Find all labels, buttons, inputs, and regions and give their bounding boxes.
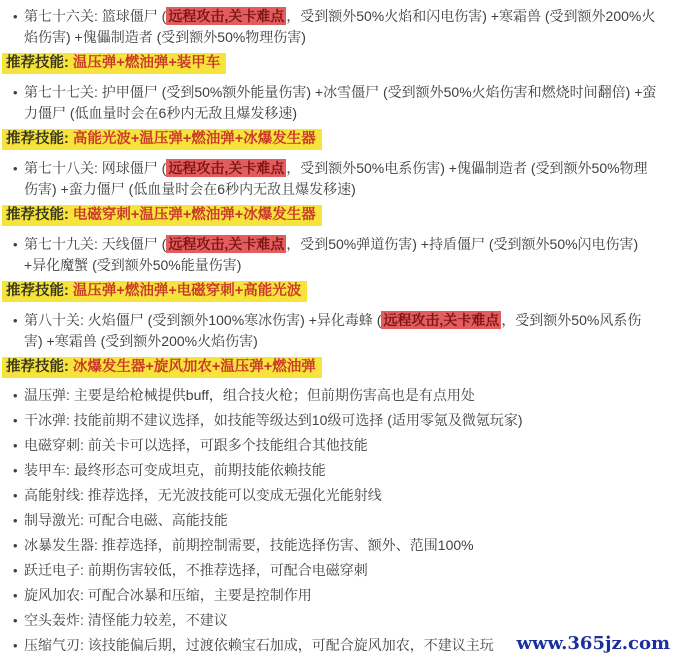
- level-text: 第七十七关: 护甲僵尸 (受到50%额外能量伤害) +冰雪僵尸 (受到额外50%…: [24, 82, 658, 124]
- recommended-skills: 温压弹+燃油弹+电磁穿刺+高能光波: [73, 283, 301, 299]
- skill-note-item: •跃迁电子: 前期伤害较低，不推荐选择，可配合电磁穿刺: [0, 561, 668, 580]
- skill-note-text: 旋风加农: 可配合冰暴和压缩，主要是控制作用: [24, 586, 658, 605]
- skill-note-item: •高能射线: 推荐选择，无光波技能可以变成无强化光能射线: [0, 486, 668, 505]
- red-highlight-tag: 远程攻击,关卡难点: [166, 235, 286, 253]
- bullet-icon: •: [13, 411, 24, 430]
- red-highlight-tag: 远程攻击,关卡难点: [166, 159, 286, 177]
- red-highlight-tag: 远程攻击,关卡难点: [381, 311, 501, 329]
- recommended-skills-line: 推荐技能: 电磁穿刺+温压弹+燃油弹+冰爆发生器: [2, 205, 322, 226]
- skill-note-text: 干冰弹: 技能前期不建议选择，如技能等级达到10级可选择 (适用零氪及微氪玩家): [24, 411, 658, 430]
- bullet-icon: •: [13, 536, 24, 555]
- bullet-icon: •: [13, 234, 24, 255]
- watermark-link[interactable]: www.365jz.com: [516, 633, 670, 654]
- guide-content: •第七十六关: 篮球僵尸 (远程攻击,关卡难点，受到额外50%火焰和闪电伤害) …: [0, 0, 678, 655]
- text-segment: 第八十关: 火焰僵尸 (受到额外100%寒冰伤害) +异化毒蜂 (: [24, 312, 381, 328]
- recommended-label: 推荐技能:: [6, 283, 69, 299]
- skill-note-item: •温压弹: 主要是给枪械提供buff，组合技火枪；但前期伤害高也是有点用处: [0, 386, 668, 405]
- bullet-icon: •: [13, 486, 24, 505]
- recommended-skills-line: 推荐技能: 高能光波+温压弹+燃油弹+冰爆发生器: [2, 129, 322, 150]
- recommended-skills: 高能光波+温压弹+燃油弹+冰爆发生器: [73, 131, 316, 147]
- red-highlight-tag: 远程攻击,关卡难点: [166, 7, 286, 25]
- skill-note-item: •空头轰炸: 清怪能力较差，不建议: [0, 611, 668, 630]
- bullet-icon: •: [13, 461, 24, 480]
- recommended-skills: 电磁穿刺+温压弹+燃油弹+冰爆发生器: [73, 207, 316, 223]
- recommended-skills-line: 推荐技能: 温压弹+燃油弹+电磁穿刺+高能光波: [2, 281, 307, 302]
- bullet-icon: •: [13, 511, 24, 530]
- bullet-icon: •: [13, 158, 24, 179]
- level-text: 第七十八关: 网球僵尸 (远程攻击,关卡难点，受到额外50%电系伤害) +傀儡制…: [24, 158, 658, 200]
- recommended-skills: 温压弹+燃油弹+装甲车: [73, 55, 220, 71]
- recommended-label: 推荐技能:: [6, 131, 69, 147]
- text-segment: 第七十七关: 护甲僵尸 (受到50%额外能量伤害) +冰雪僵尸 (受到额外50%…: [24, 84, 656, 121]
- bullet-icon: •: [13, 386, 24, 405]
- skill-note-text: 装甲车: 最终形态可变成坦克，前期技能依赖技能: [24, 461, 658, 480]
- recommended-skills-line: 推荐技能: 温压弹+燃油弹+装甲车: [2, 53, 226, 74]
- level-text: 第八十关: 火焰僵尸 (受到额外100%寒冰伤害) +异化毒蜂 (远程攻击,关卡…: [24, 310, 658, 352]
- recommended-label: 推荐技能:: [6, 207, 69, 223]
- skill-note-item: •冰暴发生器: 推荐选择，前期控制需要，技能选择伤害、额外、范围100%: [0, 536, 668, 555]
- recommended-label: 推荐技能:: [6, 359, 69, 375]
- bullet-icon: •: [13, 636, 24, 655]
- skill-note-text: 电磁穿刺: 前关卡可以选择，可跟多个技能组合其他技能: [24, 436, 658, 455]
- skill-note-text: 制导激光: 可配合电磁、高能技能: [24, 511, 658, 530]
- skill-note-text: 跃迁电子: 前期伤害较低，不推荐选择，可配合电磁穿刺: [24, 561, 658, 580]
- level-item: •第七十六关: 篮球僵尸 (远程攻击,关卡难点，受到额外50%火焰和闪电伤害) …: [0, 6, 668, 48]
- skill-note-item: •干冰弹: 技能前期不建议选择，如技能等级达到10级可选择 (适用零氪及微氪玩家…: [0, 411, 668, 430]
- skill-note-text: 温压弹: 主要是给枪械提供buff，组合技火枪；但前期伤害高也是有点用处: [24, 386, 658, 405]
- level-item: •第七十八关: 网球僵尸 (远程攻击,关卡难点，受到额外50%电系伤害) +傀儡…: [0, 158, 668, 200]
- text-segment: 第七十八关: 网球僵尸 (: [24, 160, 166, 176]
- recommended-skills: 冰爆发生器+旋风加农+温压弹+燃油弹: [73, 359, 316, 375]
- bullet-icon: •: [13, 436, 24, 455]
- level-item: •第七十七关: 护甲僵尸 (受到50%额外能量伤害) +冰雪僵尸 (受到额外50…: [0, 82, 668, 124]
- skill-note-item: •装甲车: 最终形态可变成坦克，前期技能依赖技能: [0, 461, 668, 480]
- text-segment: 第七十六关: 篮球僵尸 (: [24, 8, 166, 24]
- recommended-label: 推荐技能:: [6, 55, 69, 71]
- level-item: •第七十九关: 天线僵尸 (远程攻击,关卡难点，受到50%弹道伤害) +持盾僵尸…: [0, 234, 668, 276]
- skill-note-item: •旋风加农: 可配合冰暴和压缩，主要是控制作用: [0, 586, 668, 605]
- level-text: 第七十九关: 天线僵尸 (远程攻击,关卡难点，受到50%弹道伤害) +持盾僵尸 …: [24, 234, 658, 276]
- bullet-icon: •: [13, 310, 24, 331]
- skill-note-text: 空头轰炸: 清怪能力较差，不建议: [24, 611, 658, 630]
- skill-note-item: •电磁穿刺: 前关卡可以选择，可跟多个技能组合其他技能: [0, 436, 668, 455]
- recommended-skills-line: 推荐技能: 冰爆发生器+旋风加农+温压弹+燃油弹: [2, 357, 322, 378]
- bullet-icon: •: [13, 6, 24, 27]
- bullet-icon: •: [13, 586, 24, 605]
- bullet-icon: •: [13, 82, 24, 103]
- skill-note-text: 冰暴发生器: 推荐选择，前期控制需要，技能选择伤害、额外、范围100%: [24, 536, 658, 555]
- level-text: 第七十六关: 篮球僵尸 (远程攻击,关卡难点，受到额外50%火焰和闪电伤害) +…: [24, 6, 658, 48]
- text-segment: 第七十九关: 天线僵尸 (: [24, 236, 166, 252]
- bullet-icon: •: [13, 611, 24, 630]
- skill-note-text: 高能射线: 推荐选择，无光波技能可以变成无强化光能射线: [24, 486, 658, 505]
- level-item: •第八十关: 火焰僵尸 (受到额外100%寒冰伤害) +异化毒蜂 (远程攻击,关…: [0, 310, 668, 352]
- bullet-icon: •: [13, 561, 24, 580]
- skill-note-item: •制导激光: 可配合电磁、高能技能: [0, 511, 668, 530]
